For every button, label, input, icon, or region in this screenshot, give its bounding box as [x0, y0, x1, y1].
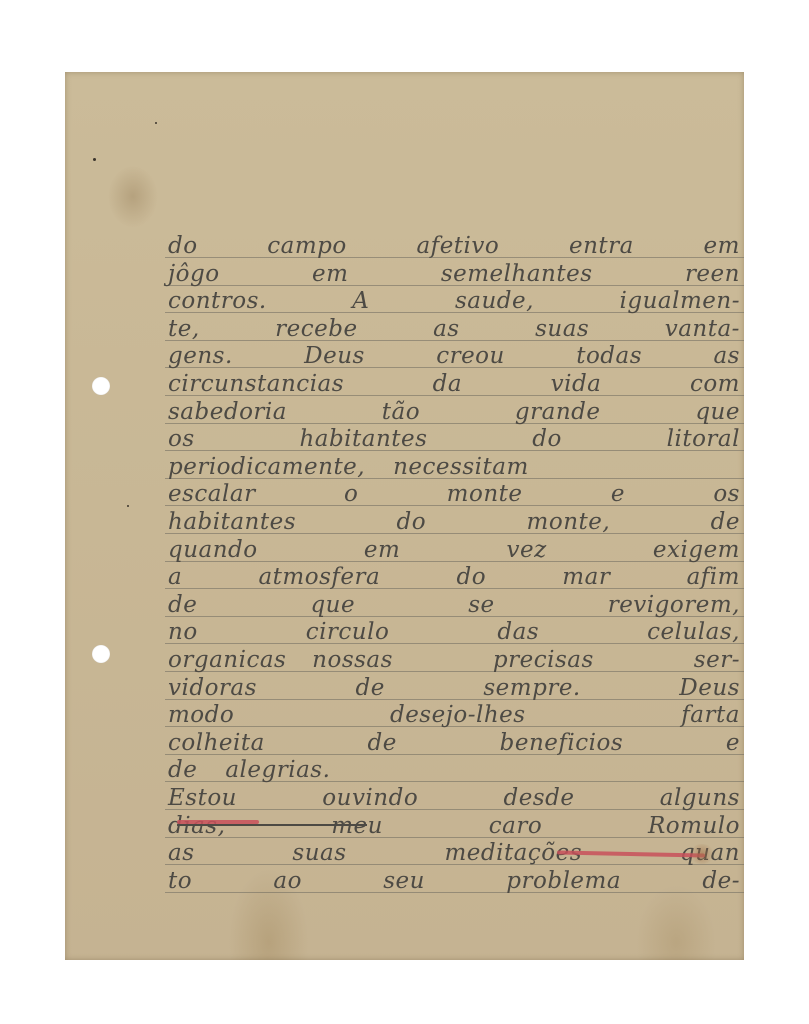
word: Estou: [168, 785, 237, 811]
word: to: [168, 868, 192, 894]
text-line: colheitadebeneficiose: [168, 730, 740, 756]
word: alegrias.: [225, 757, 330, 783]
text-line: circunstanciasdavidacom: [168, 371, 740, 397]
word: de-: [702, 868, 740, 894]
word: revigorem,: [608, 592, 740, 618]
word: campo: [267, 233, 346, 259]
word: a: [168, 564, 182, 590]
word: todas: [576, 343, 642, 369]
word: contros.: [168, 288, 267, 314]
word: vez: [506, 537, 546, 563]
text-line: docampoafetivoentraem: [168, 233, 740, 259]
word: meu: [331, 813, 383, 839]
manuscript-page: docampoafetivoentraemjôgoemsemelhantesre…: [65, 72, 744, 960]
text-line: gens.Deuscreoutodasas: [168, 343, 740, 369]
word: do: [168, 233, 198, 259]
word: suas: [535, 316, 589, 342]
word: caro: [489, 813, 542, 839]
word: em: [364, 537, 400, 563]
word: em: [312, 261, 348, 287]
word: se: [468, 592, 494, 618]
word: organicas nossas: [168, 647, 393, 673]
word: suas: [292, 840, 346, 866]
text-line: habitantesdomonte,de: [168, 509, 740, 535]
punch-hole-bottom: [92, 645, 110, 663]
pencil-underline: [177, 824, 367, 826]
text-line: jôgoemsemelhantesreen: [168, 261, 740, 287]
word: afim: [687, 564, 740, 590]
word: do: [397, 509, 427, 535]
word: gens.: [168, 343, 233, 369]
word: que: [310, 592, 355, 618]
word: os: [168, 426, 195, 452]
word: ser-: [694, 647, 740, 673]
word: as: [713, 343, 740, 369]
text-line: sabedoriatãograndeque: [168, 399, 740, 425]
word: monte: [447, 481, 523, 507]
text-line: te,recebeassuasvanta-: [168, 316, 740, 342]
word: Deus: [304, 343, 365, 369]
word: em: [704, 233, 740, 259]
word: modo: [168, 702, 234, 728]
word: de: [711, 509, 740, 535]
text-line: aatmosferadomarafim: [168, 564, 740, 590]
text-line: organicas nossasprecisasser-: [168, 647, 740, 673]
word: te,: [168, 316, 200, 342]
word: monte,: [527, 509, 611, 535]
word: do: [532, 426, 562, 452]
word: celulas,: [647, 619, 740, 645]
ink-speck: [127, 505, 129, 507]
word: grande: [515, 399, 601, 425]
word: saude,: [455, 288, 534, 314]
word: tão: [382, 399, 420, 425]
stain: [689, 844, 715, 864]
word: Deus: [679, 675, 740, 701]
word: jôgo: [168, 261, 220, 287]
word: os: [713, 481, 740, 507]
text-line: oshabitantesdolitoral: [168, 426, 740, 452]
word: creou: [436, 343, 505, 369]
word: exigem: [653, 537, 740, 563]
word: periodicamente,: [168, 454, 365, 480]
word: problema: [506, 868, 621, 894]
word: sabedoria: [168, 399, 287, 425]
text-line: escalaromonteeos: [168, 481, 740, 507]
text-line: Estououvindodesdealguns: [168, 785, 740, 811]
word: precisas: [493, 647, 594, 673]
word: do: [456, 564, 486, 590]
word: circunstancias: [168, 371, 344, 397]
word: beneficios: [500, 730, 624, 756]
word: entra: [569, 233, 634, 259]
text-line: mododesejo-lhesfarta: [168, 702, 740, 728]
word: ouvindo: [322, 785, 418, 811]
text-line: contros.Asaude,igualmen-: [168, 288, 740, 314]
word: da: [433, 371, 462, 397]
word: alguns: [660, 785, 740, 811]
word: A: [352, 288, 369, 314]
word: quando: [168, 537, 258, 563]
word: Romulo: [648, 813, 740, 839]
word: vidoras: [168, 675, 257, 701]
ink-speck: [93, 158, 96, 161]
text-line: nocirculodascelulas,: [168, 619, 740, 645]
word: o: [344, 481, 358, 507]
word: desde: [503, 785, 574, 811]
word: no: [168, 619, 198, 645]
text-line: dequeserevigorem,: [168, 592, 740, 618]
word: de: [168, 757, 197, 783]
word: circulo: [306, 619, 390, 645]
word: as: [433, 316, 460, 342]
word: seu: [383, 868, 425, 894]
word: ao: [273, 868, 302, 894]
text-line: vidorasdesempre.Deus: [168, 675, 740, 701]
word: afetivo: [416, 233, 499, 259]
word: de: [355, 675, 384, 701]
word: das: [497, 619, 539, 645]
text-line: quandoemvezexigem: [168, 537, 740, 563]
word: de: [368, 730, 397, 756]
word: atmosfera: [258, 564, 380, 590]
word: e: [611, 481, 625, 507]
word: colheita: [168, 730, 265, 756]
word: sempre.: [483, 675, 580, 701]
word: habitantes: [299, 426, 427, 452]
word: litoral: [667, 426, 740, 452]
word: farta: [681, 702, 740, 728]
text-line: dealegrias.: [168, 757, 740, 783]
word: que: [695, 399, 740, 425]
word: as: [168, 840, 195, 866]
word: desejo-lhes: [390, 702, 526, 728]
word: e: [726, 730, 740, 756]
text-line: dias,meucaroRomulo: [168, 813, 740, 839]
ink-speck: [155, 122, 157, 124]
text-line: periodicamente,necessitam: [168, 454, 740, 480]
word: com: [690, 371, 740, 397]
word: necessitam: [393, 454, 529, 480]
word: vida: [551, 371, 602, 397]
word: mar: [562, 564, 610, 590]
red-underline-estou: [177, 820, 259, 824]
word: dias,: [168, 813, 225, 839]
punch-hole-top: [92, 377, 110, 395]
word: escalar: [168, 481, 256, 507]
word: reen: [685, 261, 740, 287]
word: igualmen-: [620, 288, 740, 314]
word: recebe: [275, 316, 357, 342]
word: de: [168, 592, 197, 618]
word: semelhantes: [441, 261, 593, 287]
word: vanta-: [665, 316, 740, 342]
text-line: toaoseuproblemade-: [168, 868, 740, 894]
word: habitantes: [168, 509, 296, 535]
